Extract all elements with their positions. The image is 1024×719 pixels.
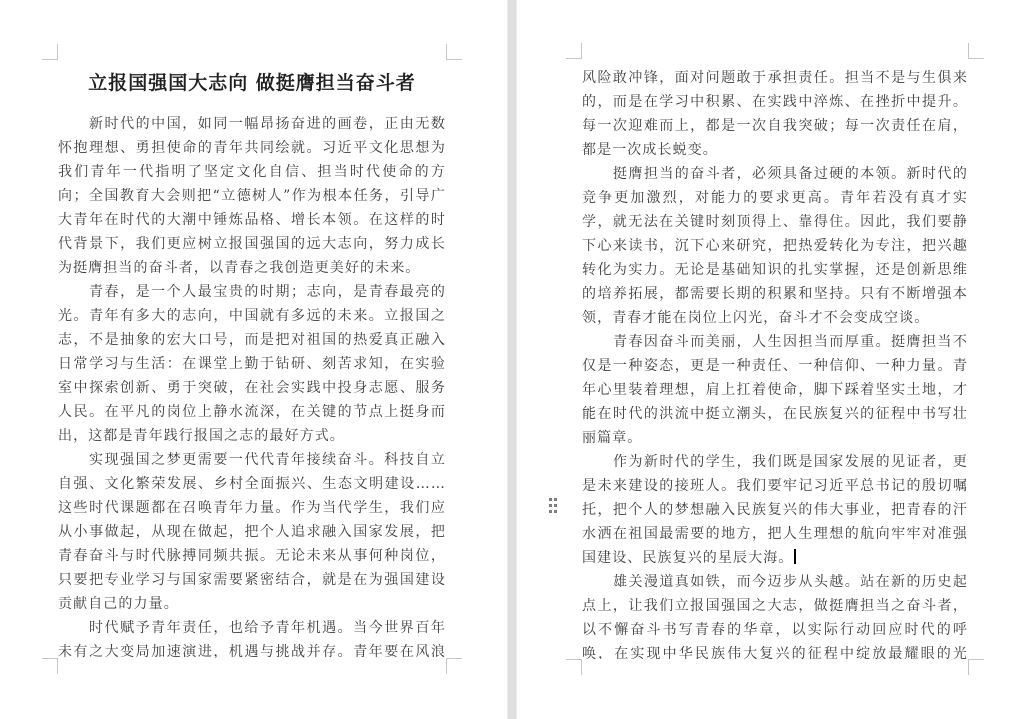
drag-handle-dot	[554, 510, 557, 513]
drag-handle-dot	[549, 510, 552, 513]
text-boundary-mark-icon	[446, 658, 462, 674]
paragraph[interactable]: 青春，是一个人最宝贵的时期；志向，是青春最亮的光。青年有多大的志向，中国就有多远…	[58, 280, 446, 448]
paragraph[interactable]: 时代赋予青年责任，也给予青年机遇。当今世界百年未有之大变局加速演进，机遇与挑战并…	[58, 616, 446, 658]
text-boundary-mark-icon	[42, 658, 58, 674]
text-boundary-mark-icon	[42, 44, 58, 60]
text-boundary-mark-icon	[446, 44, 462, 60]
page-gap	[507, 0, 517, 719]
document-canvas: 立报国强国大志向 做挺膺担当奋斗者 新时代的中国，如同一幅昂扬奋进的画卷，正由无…	[0, 0, 1024, 719]
drag-handle-dot	[549, 498, 552, 501]
drag-handle-dot	[549, 504, 552, 507]
paragraph[interactable]: 新时代的中国，如同一幅昂扬奋进的画卷，正由无数怀抱理想、勇担使命的青年共同绘就。…	[58, 112, 446, 280]
paragraph-text: 作为新时代的学生，我们既是国家发展的见证者，更是未来建设的接班人。我们要牢记习近…	[582, 454, 968, 566]
drag-handle-dot	[554, 498, 557, 501]
paragraph[interactable]: 作为新时代的学生，我们既是国家发展的见证者，更是未来建设的接班人。我们要牢记习近…	[582, 450, 968, 570]
paragraph[interactable]: 雄关漫道真如铁，而今迈步从头越。站在新的历史起点上，让我们立报国强国之大志，做挺…	[582, 570, 968, 659]
text-boundary-mark-icon	[968, 659, 984, 675]
text-boundary-mark-icon	[566, 43, 582, 59]
page-2-text-area[interactable]: 风险敢冲锋，面对问题敢于承担责任。担当不是与生俱来的，而是在学习中积累、在实践中…	[582, 60, 968, 659]
paragraph-drag-handle-icon[interactable]	[549, 498, 557, 513]
text-boundary-mark-icon	[968, 43, 984, 59]
page-1-text-area[interactable]: 立报国强国大志向 做挺膺担当奋斗者 新时代的中国，如同一幅昂扬奋进的画卷，正由无…	[58, 60, 446, 658]
paragraph[interactable]: 风险敢冲锋，面对问题敢于承担责任。担当不是与生俱来的，而是在学习中积累、在实践中…	[582, 66, 968, 162]
text-cursor-icon	[794, 549, 796, 564]
paragraph[interactable]: 挺膺担当的奋斗者，必须具备过硬的本领。新时代的竞争更加激烈，对能力的要求更高。青…	[582, 162, 968, 330]
text-boundary-mark-icon	[566, 659, 582, 675]
paragraph[interactable]: 实现强国之梦更需要一代代青年接续奋斗。科技自立自强、文化繁荣发展、乡村全面振兴、…	[58, 448, 446, 616]
paragraph[interactable]: 青春因奋斗而美丽，人生因担当而厚重。挺膺担当不仅是一种姿态，更是一种责任、一种信…	[582, 330, 968, 450]
document-title[interactable]: 立报国强国大志向 做挺膺担当奋斗者	[58, 68, 446, 98]
drag-handle-dot	[554, 504, 557, 507]
